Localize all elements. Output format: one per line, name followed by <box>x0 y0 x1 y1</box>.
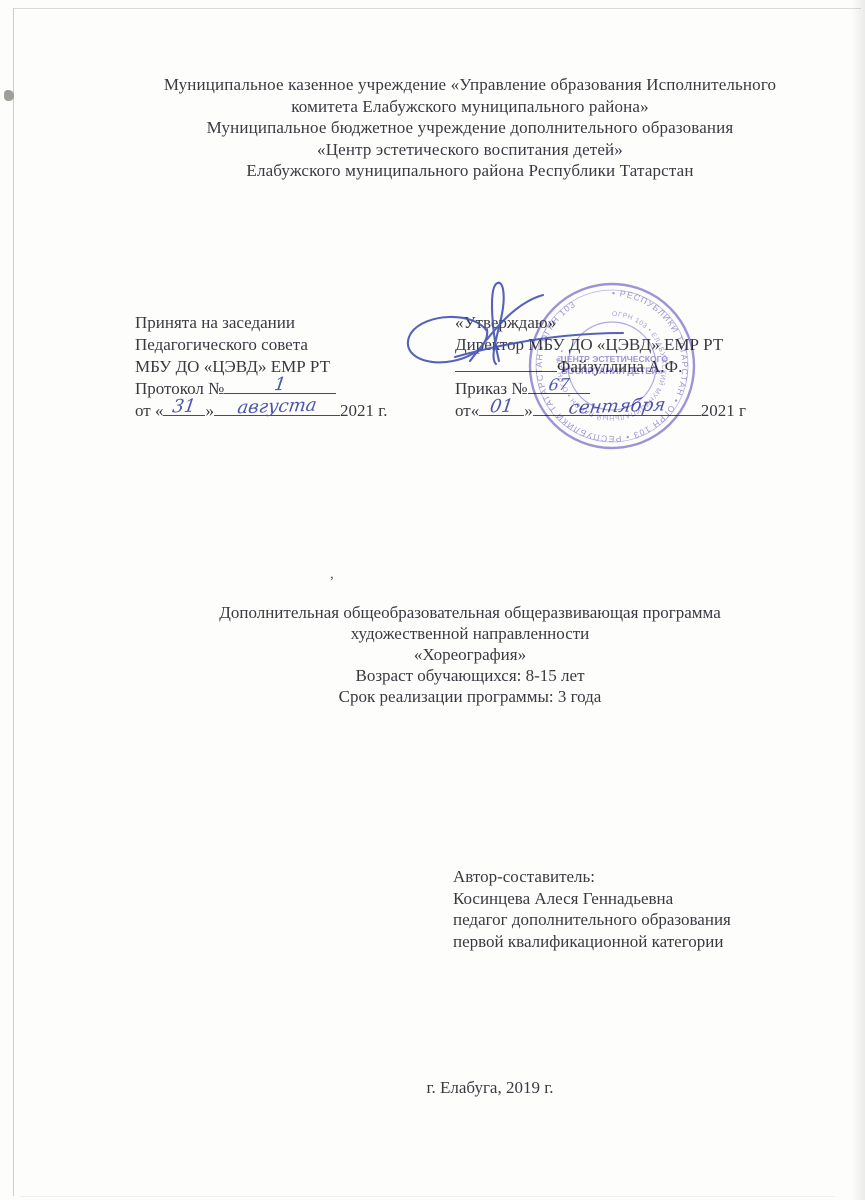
order-number-handwritten: 67 <box>526 373 591 397</box>
program-title-block: Дополнительная общеобразовательная общер… <box>90 602 850 707</box>
scan-edge-shadow <box>851 0 865 1200</box>
author-category: первой квалификационной категории <box>453 931 731 953</box>
date-prefix: от « <box>135 401 163 420</box>
month-blank: сентября <box>533 400 701 416</box>
approval-block: «Утверждаю» Директор МБУ ДО «ЦЭВД» ЕМР Р… <box>455 312 805 422</box>
protocol-number-blank: 1 <box>224 378 336 394</box>
director-line: Директор МБУ ДО «ЦЭВД» ЕМР РТ <box>455 334 805 356</box>
scan-border-bottom <box>20 1196 835 1197</box>
program-title-line: Дополнительная общеобразовательная общер… <box>90 602 850 623</box>
header-line: комитета Елабужского муниципального райо… <box>90 96 850 118</box>
acceptance-block: Принята на заседании Педагогического сов… <box>135 312 455 422</box>
scan-border-left <box>13 8 14 1196</box>
author-name: Косинцева Алеся Геннадьевна <box>453 888 731 910</box>
acceptance-date-line: от «31»августа2021 г. <box>135 400 455 422</box>
institution-header: Муниципальное казенное учреждение «Управ… <box>90 74 850 182</box>
header-line: Елабужского муниципального района Респуб… <box>90 160 850 182</box>
protocol-label: Протокол № <box>135 379 224 398</box>
scanned-title-page: , Муниципальное казенное учреждение «Упр… <box>0 0 865 1200</box>
program-name: «Хореография» <box>90 644 850 665</box>
day-handwritten: 31 <box>162 395 207 418</box>
header-line: «Центр эстетического воспитания детей» <box>90 139 850 161</box>
author-block: Автор-составитель: Косинцева Алеся Генна… <box>453 866 731 952</box>
approval-date-line: от«01»сентября2021 г <box>455 400 805 422</box>
day-blank: 01 <box>479 400 524 416</box>
order-number-blank: 67 <box>528 378 590 394</box>
signature-blank <box>455 356 557 372</box>
year-label: 2021 г. <box>340 401 388 420</box>
day-handwritten: 01 <box>478 395 526 419</box>
day-blank: 31 <box>163 400 205 416</box>
year-label: 2021 г <box>701 401 746 420</box>
header-line: Муниципальное бюджетное учреждение допол… <box>90 117 850 139</box>
header-line: Муниципальное казенное учреждение «Управ… <box>90 74 850 96</box>
author-position: педагог дополнительного образования <box>453 909 731 931</box>
footer-location: г. Елабуга, 2019 г. <box>130 1078 850 1098</box>
author-label: Автор-составитель: <box>453 866 731 888</box>
month-handwritten: августа <box>212 394 342 420</box>
scan-border-top <box>13 8 861 9</box>
month-handwritten: сентября <box>531 393 703 421</box>
acceptance-line: Принята на заседании <box>135 312 455 334</box>
approve-word: «Утверждаю» <box>455 312 805 334</box>
program-duration: Срок реализации программы: 3 года <box>90 686 850 707</box>
program-title-line: художественной направленности <box>90 623 850 644</box>
month-blank: августа <box>214 400 340 416</box>
program-age: Возраст обучающихся: 8-15 лет <box>90 665 850 686</box>
scan-smudge <box>4 90 14 101</box>
acceptance-line: Педагогического совета <box>135 334 455 356</box>
director-signature-line: Файзуллина А.Ф. <box>455 356 805 378</box>
scan-ink-speck: , <box>330 566 334 583</box>
date-prefix: от« <box>455 401 479 420</box>
